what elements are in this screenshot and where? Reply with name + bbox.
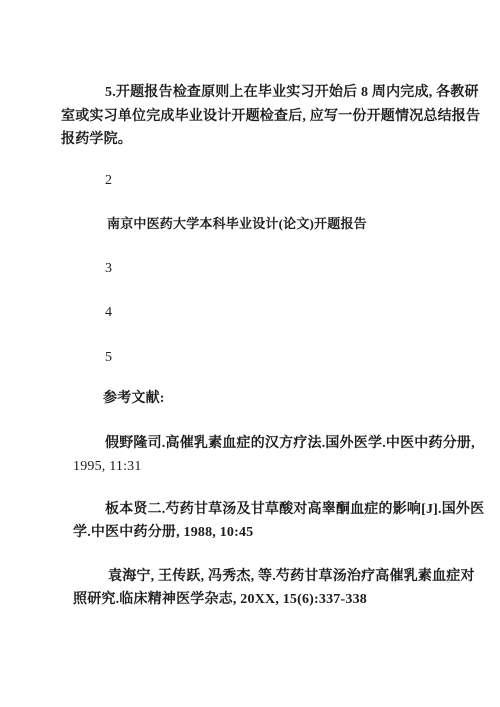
page-number-2: 2	[0, 169, 500, 193]
page-number-5: 5	[0, 346, 500, 370]
reference-2-line-1: 板本贤二.芍药甘草汤及甘草酸对高睾酮血症的影响[J].国外医	[0, 498, 500, 522]
procedure-paragraph-line-1: 5.开题报告检查原则上在毕业实习开始后 8 周内完成, 各教研	[0, 81, 500, 105]
report-title: 南京中医药大学本科毕业设计(论文)开题报告	[0, 212, 500, 236]
reference-2-line-2: 学.中医中药分册, 1988, 10:45	[0, 521, 500, 545]
reference-3-line-1: 袁海宁, 王传跃, 冯秀杰, 等.芍药甘草汤治疗高催乳素血症对	[0, 565, 500, 589]
procedure-paragraph: 5.开题报告检查原则上在毕业实习开始后 8 周内完成, 各教研 室或实习单位完成…	[0, 81, 500, 152]
reference-entry: 假野隆司.高催乳素血症的汉方疗法.国外医学.中医中药分册, 1995, 11:3…	[0, 432, 500, 479]
reference-1-line-1: 假野隆司.高催乳素血症的汉方疗法.国外医学.中医中药分册,	[0, 432, 500, 456]
reference-3-line-2: 照研究.临床精神医学杂志, 20XX, 15(6):337-338	[0, 588, 500, 612]
page-number-3: 3	[0, 257, 500, 281]
procedure-paragraph-line-3: 报药学院。	[0, 128, 500, 152]
procedure-paragraph-line-2: 室或实习单位完成毕业设计开题检查后, 应写一份开题情况总结报告	[0, 105, 500, 129]
page-number-4: 4	[0, 301, 500, 325]
document-page: 5.开题报告检查原则上在毕业实习开始后 8 周内完成, 各教研 室或实习单位完成…	[0, 0, 500, 707]
reference-entry: 板本贤二.芍药甘草汤及甘草酸对高睾酮血症的影响[J].国外医 学.中医中药分册,…	[0, 498, 500, 545]
references-heading: 参考文献:	[0, 387, 500, 411]
reference-1-line-2: 1995, 11:31	[0, 455, 500, 479]
reference-entry: 袁海宁, 王传跃, 冯秀杰, 等.芍药甘草汤治疗高催乳素血症对 照研究.临床精神…	[0, 565, 500, 612]
